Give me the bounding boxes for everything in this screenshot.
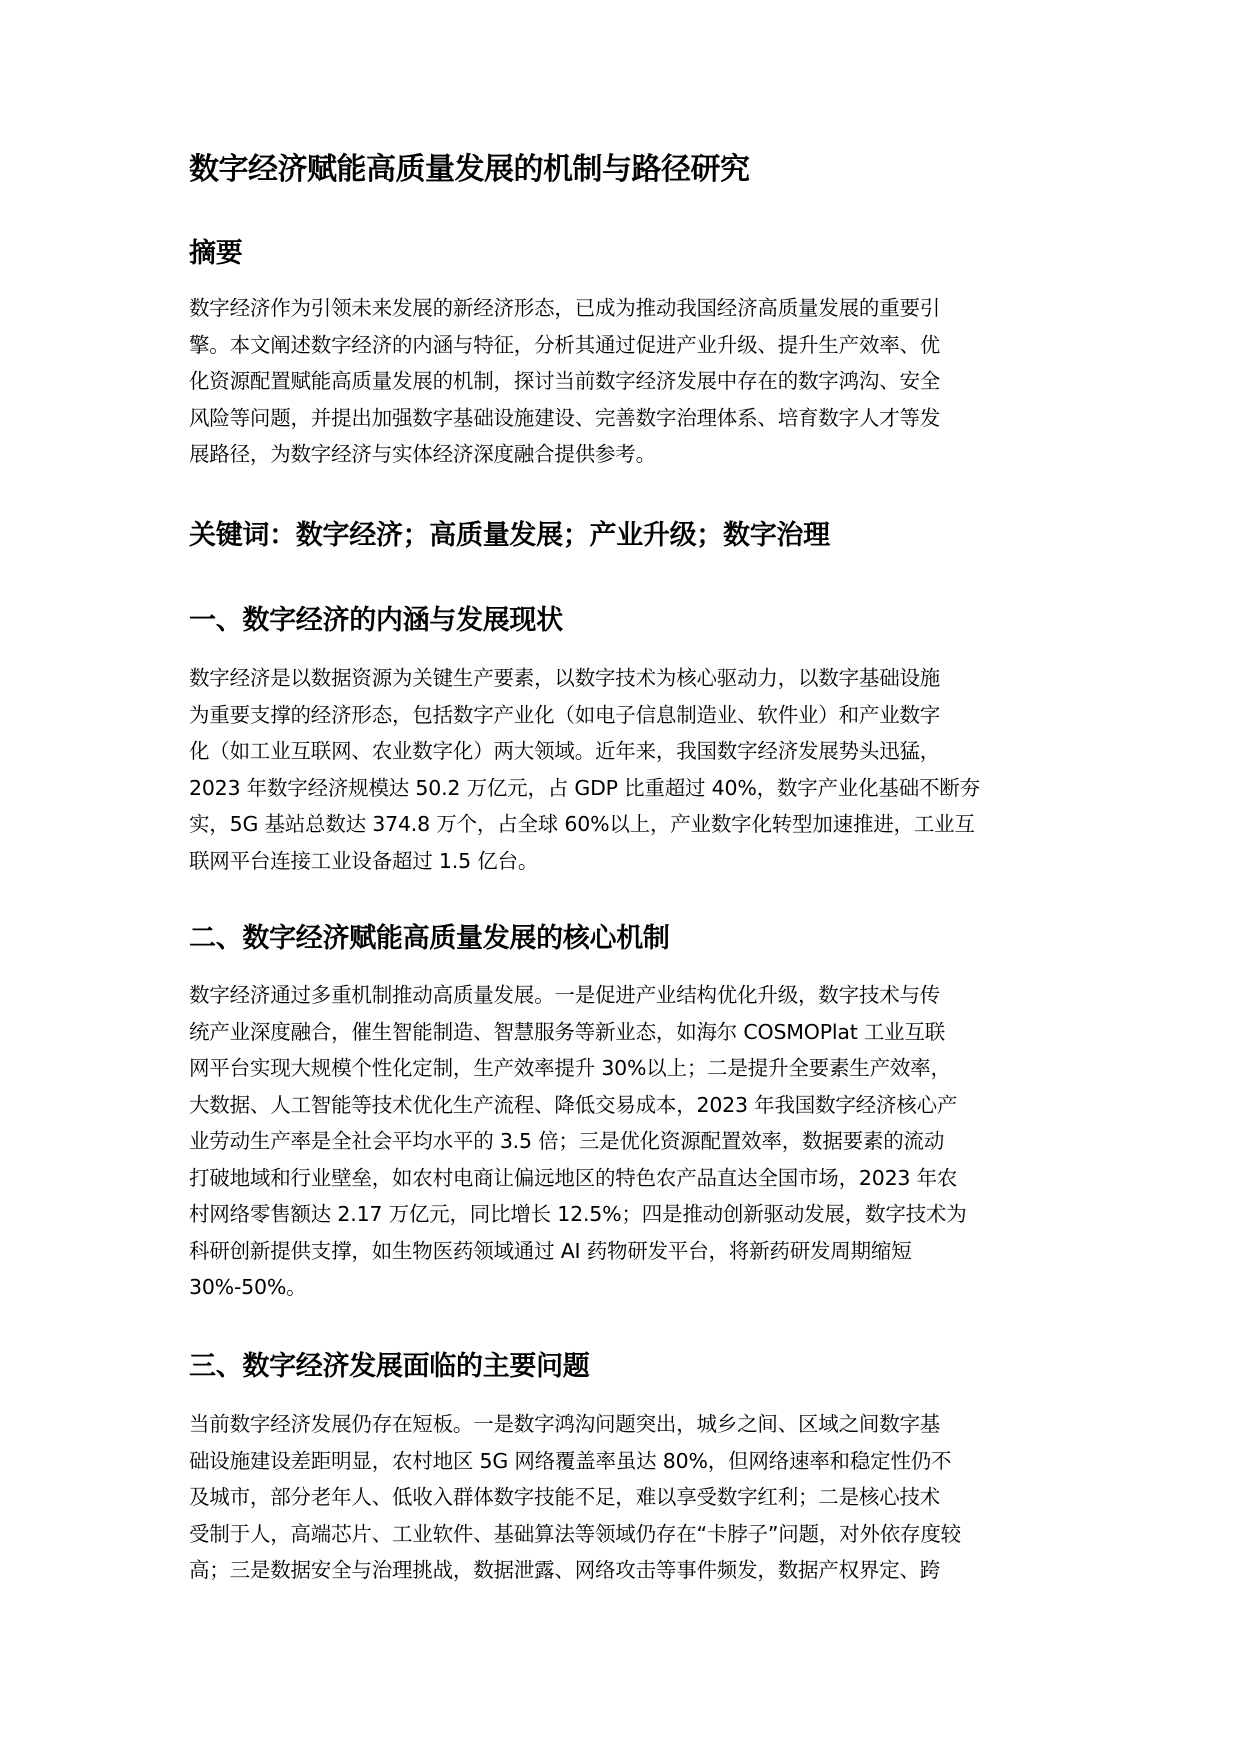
section-3-heading: 三、数字经济发展面临的主要问题 bbox=[189, 1349, 590, 1385]
document-title: 数字经济赋能高质量发展的机制与路径研究 bbox=[189, 150, 750, 190]
text-line: 当前数字经济发展仍存在短板。一是数字鸿沟问题突出，城乡之间、区域之间数字基 bbox=[189, 1406, 1055, 1443]
text-line: 受制于人，高端芯片、工业软件、基础算法等领域仍存在“卡脖子”问题，对外依存度较 bbox=[189, 1516, 1055, 1553]
section-1-heading: 一、数字经济的内涵与发展现状 bbox=[189, 603, 563, 639]
text-line: 数字经济通过多重机制推动高质量发展。一是促进产业结构优化升级，数字技术与传 bbox=[189, 977, 1055, 1014]
text-line: 大数据、人工智能等技术优化生产流程、降低交易成本，2023 年我国数字经济核心产 bbox=[189, 1087, 1055, 1124]
abstract-paragraph: 数字经济作为引领未来发展的新经济形态，已成为推动我国经济高质量发展的重要引 擎。… bbox=[189, 290, 1055, 473]
text-line: 化资源配置赋能高质量发展的机制，探讨当前数字经济发展中存在的数字鸿沟、安全 bbox=[189, 363, 1055, 400]
text-line: 及城市，部分老年人、低收入群体数字技能不足，难以享受数字红利；二是核心技术 bbox=[189, 1479, 1055, 1516]
text-line: 展路径，为数字经济与实体经济深度融合提供参考。 bbox=[189, 436, 1055, 473]
text-line: 高；三是数据安全与治理挑战，数据泄露、网络攻击等事件频发，数据产权界定、跨 bbox=[189, 1552, 1055, 1589]
abstract-heading: 摘要 bbox=[189, 236, 242, 272]
text-line: 联网平台连接工业设备超过 1.5 亿台。 bbox=[189, 843, 1055, 880]
section-2-heading: 二、数字经济赋能高质量发展的核心机制 bbox=[189, 921, 670, 957]
text-line: 业劳动生产率是全社会平均水平的 3.5 倍；三是优化资源配置效率，数据要素的流动 bbox=[189, 1123, 1055, 1160]
text-line: 为重要支撑的经济形态，包括数字产业化（如电子信息制造业、软件业）和产业数字 bbox=[189, 697, 1055, 734]
text-line: 风险等问题，并提出加强数字基础设施建设、完善数字治理体系、培育数字人才等发 bbox=[189, 400, 1055, 437]
text-line: 2023 年数字经济规模达 50.2 万亿元，占 GDP 比重超过 40%，数字… bbox=[189, 770, 1055, 807]
text-line: 村网络零售额达 2.17 万亿元，同比增长 12.5%；四是推动创新驱动发展，数… bbox=[189, 1196, 1055, 1233]
text-line: 30%-50%。 bbox=[189, 1269, 1055, 1306]
text-line: 统产业深度融合，催生智能制造、智慧服务等新业态，如海尔 COSMOPlat 工业… bbox=[189, 1014, 1055, 1051]
keywords-heading: 关键词：数字经济；高质量发展；产业升级；数字治理 bbox=[189, 518, 830, 554]
text-line: 科研创新提供支撑，如生物医药领域通过 AI 药物研发平台，将新药研发周期缩短 bbox=[189, 1233, 1055, 1270]
text-line: 础设施建设差距明显，农村地区 5G 网络覆盖率虽达 80%，但网络速率和稳定性仍… bbox=[189, 1443, 1055, 1480]
section-2-paragraph: 数字经济通过多重机制推动高质量发展。一是促进产业结构优化升级，数字技术与传 统产… bbox=[189, 977, 1055, 1306]
text-line: 网平台实现大规模个性化定制，生产效率提升 30%以上；二是提升全要素生产效率， bbox=[189, 1050, 1055, 1087]
text-line: 擎。本文阐述数字经济的内涵与特征，分析其通过促进产业升级、提升生产效率、优 bbox=[189, 327, 1055, 364]
text-line: 打破地域和行业壁垒，如农村电商让偏远地区的特色农产品直达全国市场，2023 年农 bbox=[189, 1160, 1055, 1197]
text-line: 数字经济作为引领未来发展的新经济形态，已成为推动我国经济高质量发展的重要引 bbox=[189, 290, 1055, 327]
text-line: 化（如工业互联网、农业数字化）两大领域。近年来，我国数字经济发展势头迅猛， bbox=[189, 733, 1055, 770]
section-3-paragraph: 当前数字经济发展仍存在短板。一是数字鸿沟问题突出，城乡之间、区域之间数字基 础设… bbox=[189, 1406, 1055, 1589]
section-1-paragraph: 数字经济是以数据资源为关键生产要素，以数字技术为核心驱动力，以数字基础设施 为重… bbox=[189, 660, 1055, 879]
text-line: 实，5G 基站总数达 374.8 万个，占全球 60%以上，产业数字化转型加速推… bbox=[189, 806, 1055, 843]
text-line: 数字经济是以数据资源为关键生产要素，以数字技术为核心驱动力，以数字基础设施 bbox=[189, 660, 1055, 697]
